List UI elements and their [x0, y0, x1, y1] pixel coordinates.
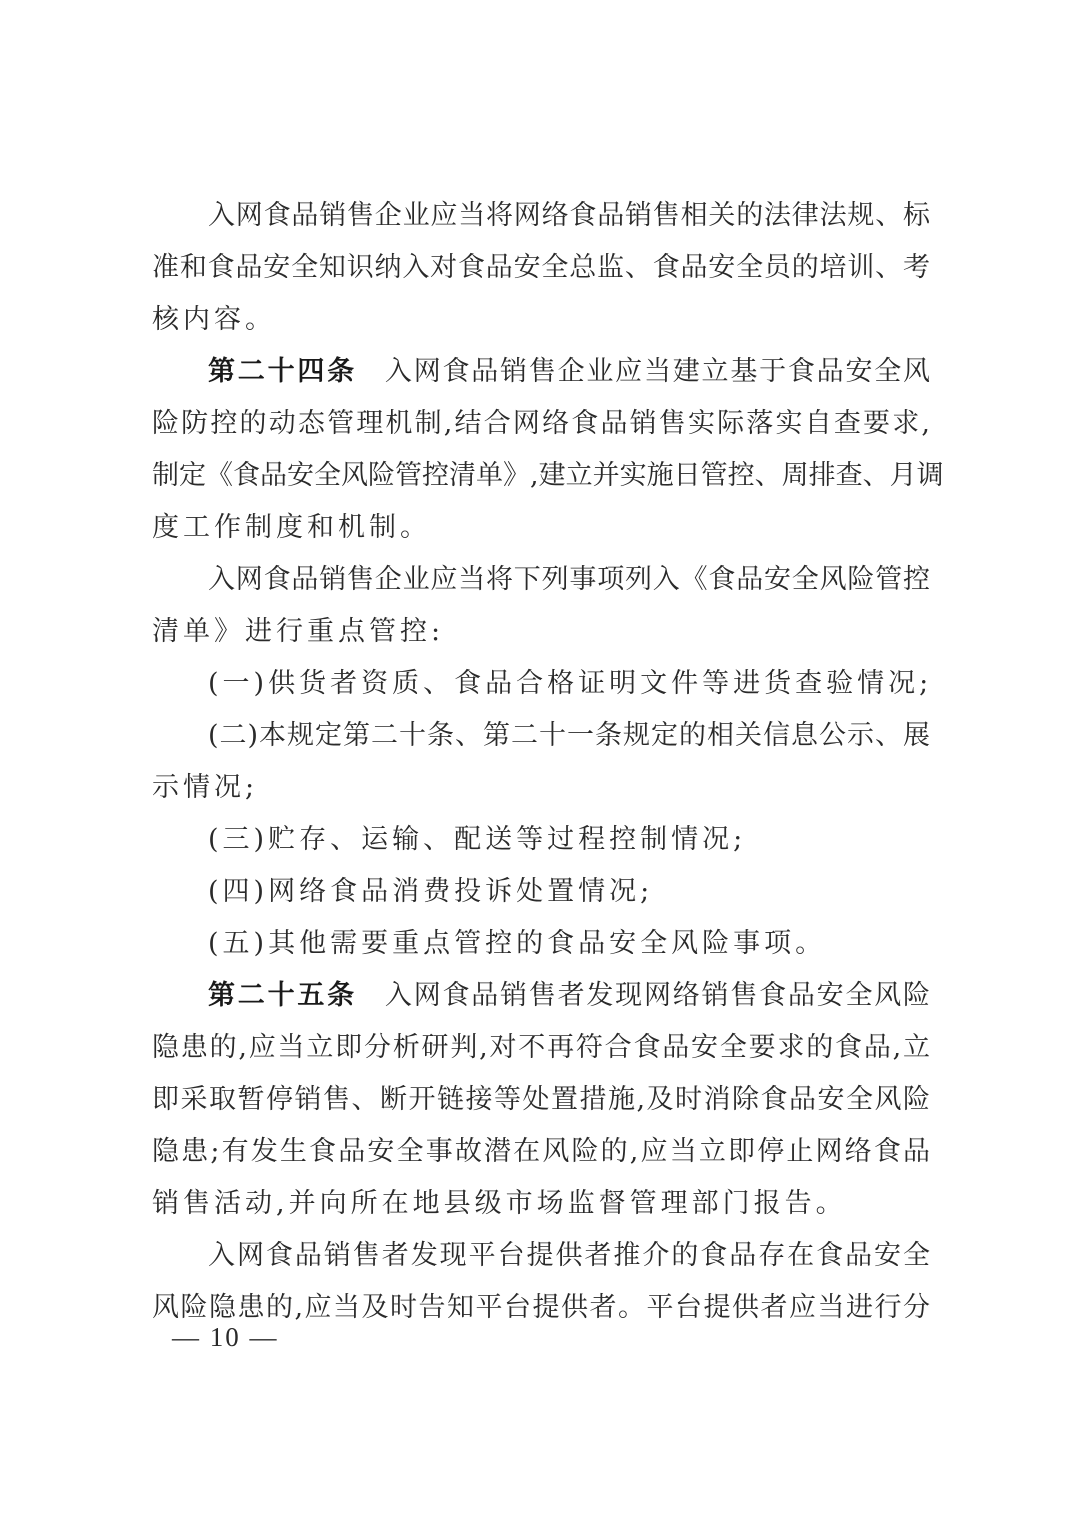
- text-line: 第二十四条入网食品销售企业应当建立基于食品安全风: [152, 346, 930, 398]
- paragraph: 入网食品销售企业应当将下列事项列入《食品安全风险管控 清单》进行重点管控:: [152, 554, 930, 658]
- page-number: — 10 —: [172, 1322, 279, 1353]
- text-line: 即采取暂停销售、断开链接等处置措施,及时消除食品安全风险: [152, 1074, 930, 1126]
- text-span: 入网食品销售者发现网络销售食品安全风险: [385, 980, 930, 1011]
- text-line: 销售活动,并向所在地县级市场监督管理部门报告。: [152, 1178, 930, 1230]
- text-line: (五)其他需要重点管控的食品安全风险事项。: [152, 918, 930, 970]
- text-line: 险防控的动态管理机制,结合网络食品销售实际落实自查要求,: [152, 398, 930, 450]
- text-line: 制定《食品安全风险管控清单》,建立并实施日管控、周排查、月调: [152, 450, 930, 502]
- article-25: 第二十五条入网食品销售者发现网络销售食品安全风险 隐患的,应当立即分析研判,对不…: [152, 970, 930, 1230]
- text-line: (一)供货者资质、食品合格证明文件等进货查验情况;: [152, 658, 930, 710]
- text-line: (四)网络食品消费投诉处置情况;: [152, 866, 930, 918]
- list-item: (二)本规定第二十条、第二十一条规定的相关信息公示、展 示情况;: [152, 710, 930, 814]
- paragraph: 入网食品销售企业应当将网络食品销售相关的法律法规、标 准和食品安全知识纳入对食品…: [152, 190, 930, 346]
- text-line: 核内容。: [152, 294, 930, 346]
- text-line: (三)贮存、运输、配送等过程控制情况;: [152, 814, 930, 866]
- article-24: 第二十四条入网食品销售企业应当建立基于食品安全风 险防控的动态管理机制,结合网络…: [152, 346, 930, 554]
- text-line: 入网食品销售企业应当将下列事项列入《食品安全风险管控: [152, 554, 930, 606]
- list-item: (一)供货者资质、食品合格证明文件等进货查验情况;: [152, 658, 930, 710]
- article-heading: 第二十四条: [208, 356, 357, 387]
- text-line: 度工作制度和机制。: [152, 502, 930, 554]
- text-line: 隐患的,应当立即分析研判,对不再符合食品安全要求的食品,立: [152, 1022, 930, 1074]
- text-line: 清单》进行重点管控:: [152, 606, 930, 658]
- list-item: (三)贮存、运输、配送等过程控制情况;: [152, 814, 930, 866]
- text-line: 示情况;: [152, 762, 930, 814]
- list-item: (五)其他需要重点管控的食品安全风险事项。: [152, 918, 930, 970]
- list-item: (四)网络食品消费投诉处置情况;: [152, 866, 930, 918]
- article-heading: 第二十五条: [208, 980, 357, 1011]
- text-line: 入网食品销售者发现平台提供者推介的食品存在食品安全: [152, 1230, 930, 1282]
- text-line: 隐患;有发生食品安全事故潜在风险的,应当立即停止网络食品: [152, 1126, 930, 1178]
- text-line: 第二十五条入网食品销售者发现网络销售食品安全风险: [152, 970, 930, 1022]
- document-page: 入网食品销售企业应当将网络食品销售相关的法律法规、标 准和食品安全知识纳入对食品…: [152, 190, 930, 1334]
- text-line: (二)本规定第二十条、第二十一条规定的相关信息公示、展: [152, 710, 930, 762]
- text-span: 入网食品销售企业应当建立基于食品安全风: [385, 356, 930, 387]
- paragraph: 入网食品销售者发现平台提供者推介的食品存在食品安全 风险隐患的,应当及时告知平台…: [152, 1230, 930, 1334]
- text-line: 准和食品安全知识纳入对食品安全总监、食品安全员的培训、考: [152, 242, 930, 294]
- text-line: 入网食品销售企业应当将网络食品销售相关的法律法规、标: [152, 190, 930, 242]
